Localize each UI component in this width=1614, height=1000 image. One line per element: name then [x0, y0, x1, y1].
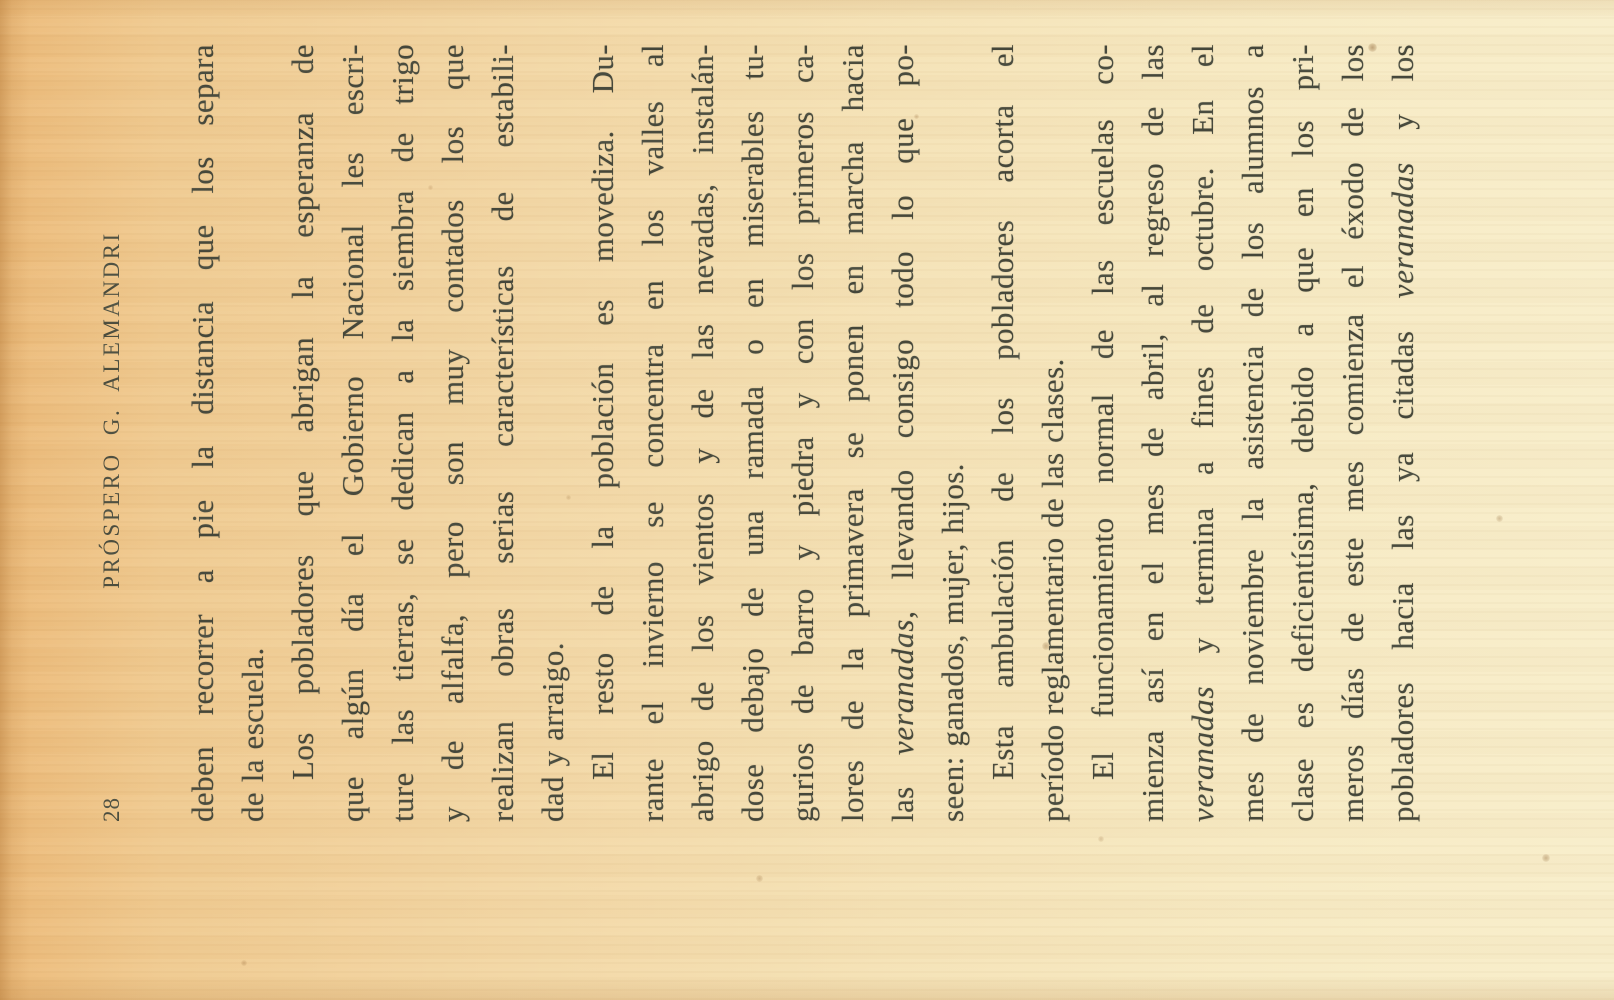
text-line: El funcionamiento normal de las escuelas…: [1078, 44, 1128, 822]
text-line: Los pobladores que abrigan la esperanza …: [278, 44, 328, 822]
text-line: dose debajo de una ramada o en miserable…: [728, 44, 778, 822]
scanned-page: 28 PRÓSPERO G. ALEMANDRI deben recorrer …: [0, 0, 1614, 1000]
text-line: que algún día el Gobierno Nacional les e…: [328, 44, 378, 822]
text-line: dad y arraigo.: [528, 44, 578, 822]
text-line: abrigo de los vientos y de las nevadas, …: [678, 44, 728, 822]
page-header: 28 PRÓSPERO G. ALEMANDRI: [95, 44, 129, 822]
foxing-spot: [1496, 515, 1503, 522]
text-line: El resto de la población es movediza. Du…: [578, 44, 628, 822]
text-line: las veranadas, llevando consigo todo lo …: [878, 44, 928, 822]
foxing-spot: [1098, 836, 1104, 842]
text-segment: pobladores hacia las ya citadas: [1385, 298, 1420, 822]
foxing-spot: [1542, 854, 1550, 862]
text-line: veranadas y termina a fines de octubre. …: [1178, 44, 1228, 822]
text-line: seen: ganados, mujer, hijos.: [928, 44, 978, 822]
foxing-spot: [241, 960, 247, 966]
text-line: realizan obras serias características de…: [478, 44, 528, 822]
text-line: lores de la primavera se ponen en marcha…: [828, 44, 878, 822]
text-line: rante el invierno se concentra en los va…: [628, 44, 678, 822]
text-line: mienza así en el mes de abril, al regres…: [1128, 44, 1178, 822]
running-header: PRÓSPERO G. ALEMANDRI: [95, 44, 129, 822]
text-line: pobladores hacia las ya citadas veranada…: [1378, 44, 1428, 822]
book-page: 28 PRÓSPERO G. ALEMANDRI deben recorrer …: [0, 0, 1614, 1000]
text-line: período reglamentario de las clases.: [1028, 44, 1078, 822]
text-line: de la escuela.: [228, 44, 278, 822]
text-line: meros días de este mes comienza el éxodo…: [1328, 44, 1378, 822]
text-line: mes de noviembre la asistencia de los al…: [1228, 44, 1278, 822]
text-line: gurios de barro y piedra y con los prime…: [778, 44, 828, 822]
text-line: Esta ambulación de los pobladores acorta…: [978, 44, 1028, 822]
italic-term: veranadas: [1185, 686, 1220, 822]
text-segment: y los: [1385, 44, 1420, 162]
text-line: y de alfalfa, pero son muy contados los …: [428, 44, 478, 822]
foxing-spot: [756, 875, 763, 882]
page-number: 28: [95, 797, 129, 822]
italic-term: veranadas: [1385, 162, 1420, 298]
italic-term: veranadas: [885, 619, 920, 755]
text-line: ture las tierras, se dedican a la siembr…: [378, 44, 428, 822]
text-line: deben recorrer a pie la distancia que lo…: [178, 44, 228, 822]
text-segment: las: [885, 755, 920, 822]
page-body: deben recorrer a pie la distancia que lo…: [178, 44, 1428, 822]
text-segment: y termina a fines de octubre. En el: [1185, 44, 1220, 686]
text-segment: , llevando consigo todo lo que po-: [885, 44, 920, 619]
text-line: clase es deficientísima, debido a que en…: [1278, 44, 1328, 822]
